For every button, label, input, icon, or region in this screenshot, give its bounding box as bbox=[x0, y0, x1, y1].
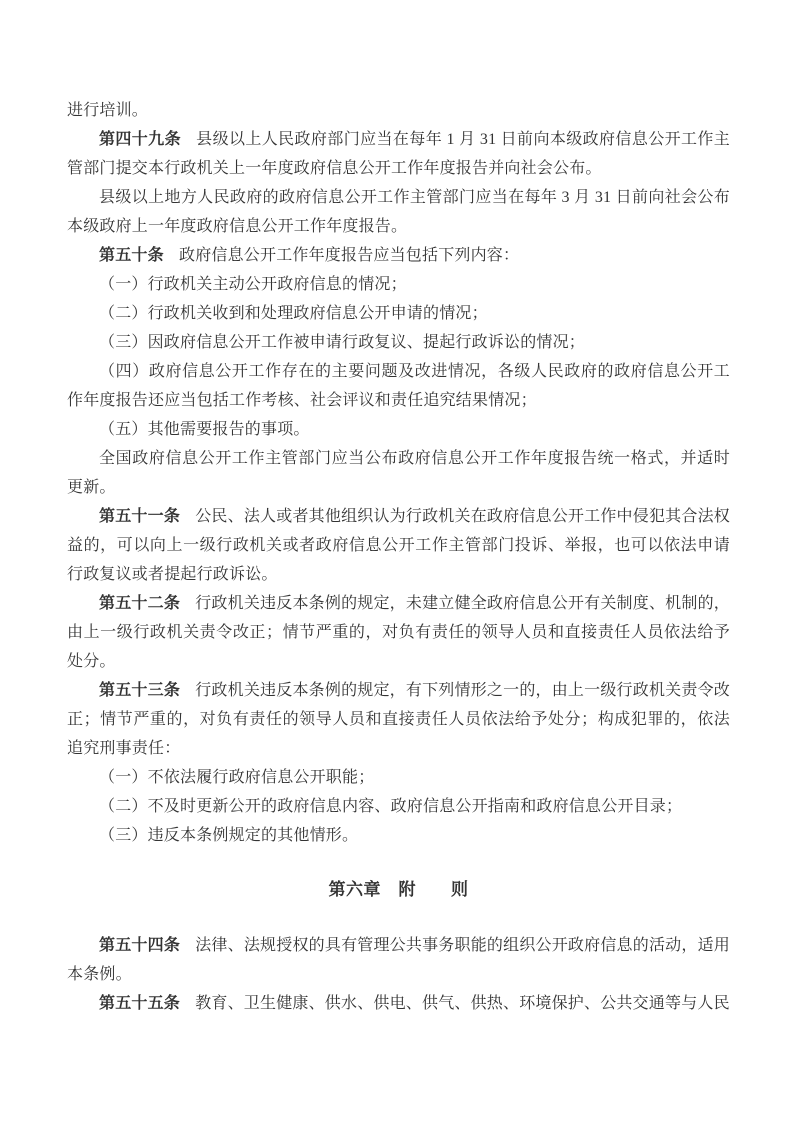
article-52-paragraph: 第五十二条行政机关违反本条例的规定，未建立健全政府信息公开有关制度、机制的，由上… bbox=[67, 589, 730, 676]
paragraph-text: （五）其他需要报告的事项。 bbox=[99, 421, 310, 438]
article-49-second-paragraph: 县级以上地方人民政府的政府信息公开工作主管部门应当在每年 3 月 31 日前向社… bbox=[67, 183, 730, 241]
paragraph-text: （三）因政府信息公开工作被申请行政复议、提起行政诉讼的情况； bbox=[99, 334, 585, 351]
article-number: 第五十五条 bbox=[99, 995, 180, 1012]
article-49-paragraph: 第四十九条县级以上人民政府部门应当在每年 1 月 31 日前向本级政府信息公开工… bbox=[67, 125, 730, 183]
paragraph-text: 全国政府信息公开工作主管部门应当公布政府信息公开工作年度报告统一格式，并适时更新… bbox=[67, 450, 730, 496]
article-55-paragraph: 第五十五条教育、卫生健康、供水、供电、供气、供热、环境保护、公共交通等与人民 bbox=[67, 989, 730, 1018]
article-53-item-2: （二）不及时更新公开的政府信息内容、政府信息公开指南和政府信息公开目录； bbox=[67, 792, 730, 821]
article-number: 第五十四条 bbox=[99, 937, 180, 954]
paragraph-text: 县级以上地方人民政府的政府信息公开工作主管部门应当在每年 3 月 31 日前向社… bbox=[67, 189, 730, 235]
paragraph-text: 政府信息公开工作年度报告应当包括下列内容： bbox=[179, 247, 519, 264]
article-50-item-2: （二）行政机关收到和处理政府信息公开申请的情况； bbox=[67, 299, 730, 328]
article-53-item-1: （一）不依法履行政府信息公开职能； bbox=[67, 763, 730, 792]
chapter-6-heading: 第六章 附 则 bbox=[67, 875, 730, 904]
paragraph-text: （四）政府信息公开工作存在的主要问题及改进情况，各级人民政府的政府信息公开工作年… bbox=[67, 363, 730, 409]
paragraph-training-continuation: 进行培训。 bbox=[67, 96, 730, 125]
paragraph-text: （三）违反本条例规定的其他情形。 bbox=[99, 827, 358, 844]
article-50-item-5: （五）其他需要报告的事项。 bbox=[67, 415, 730, 444]
article-50-closing-paragraph: 全国政府信息公开工作主管部门应当公布政府信息公开工作年度报告统一格式，并适时更新… bbox=[67, 444, 730, 502]
article-53-item-3: （三）违反本条例规定的其他情形。 bbox=[67, 821, 730, 850]
document-page: 进行培训。 第四十九条县级以上人民政府部门应当在每年 1 月 31 日前向本级政… bbox=[0, 0, 793, 1122]
article-number: 第五十一条 bbox=[99, 508, 180, 525]
paragraph-text: （一）不依法履行政府信息公开职能； bbox=[99, 769, 374, 786]
article-number: 第五十三条 bbox=[99, 682, 180, 699]
paragraph-text: 教育、卫生健康、供水、供电、供气、供热、环境保护、公共交通等与人民 bbox=[195, 995, 730, 1012]
paragraph-text: （二）不及时更新公开的政府信息内容、政府信息公开指南和政府信息公开目录； bbox=[99, 798, 682, 815]
article-50-paragraph: 第五十条政府信息公开工作年度报告应当包括下列内容： bbox=[67, 241, 730, 270]
article-51-paragraph: 第五十一条公民、法人或者其他组织认为行政机关在政府信息公开工作中侵犯其合法权益的… bbox=[67, 502, 730, 589]
article-number: 第五十二条 bbox=[99, 595, 180, 612]
paragraph-text: 进行培训。 bbox=[67, 102, 148, 119]
article-number: 第四十九条 bbox=[99, 131, 181, 148]
article-54-paragraph: 第五十四条法律、法规授权的具有管理公共事务职能的组织公开政府信息的活动，适用本条… bbox=[67, 931, 730, 989]
article-53-paragraph: 第五十三条行政机关违反本条例的规定，有下列情形之一的，由上一级行政机关责令改正；… bbox=[67, 676, 730, 763]
article-50-item-1: （一）行政机关主动公开政府信息的情况； bbox=[67, 270, 730, 299]
paragraph-text: （一）行政机关主动公开政府信息的情况； bbox=[99, 276, 407, 293]
article-50-item-4: （四）政府信息公开工作存在的主要问题及改进情况，各级人民政府的政府信息公开工作年… bbox=[67, 357, 730, 415]
article-number: 第五十条 bbox=[99, 247, 164, 264]
article-50-item-3: （三）因政府信息公开工作被申请行政复议、提起行政诉讼的情况； bbox=[67, 328, 730, 357]
paragraph-text: （二）行政机关收到和处理政府信息公开申请的情况； bbox=[99, 305, 488, 322]
